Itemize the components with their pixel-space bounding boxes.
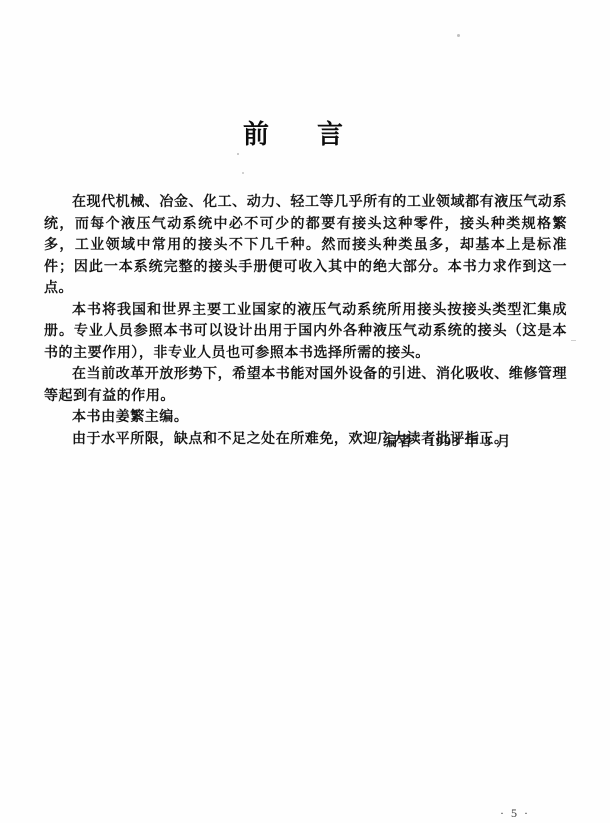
title-char-qian: 前: [243, 121, 269, 149]
paragraph-1: 在现代机械、冶金、化工、动力、轻工等几乎所有的工业领域都有液压气动系统，而每个液…: [44, 192, 567, 300]
preface-body: 在现代机械、冶金、化工、动力、轻工等几乎所有的工业领域都有液压气动系统，而每个液…: [44, 192, 567, 450]
paragraph-4: 本书由姜繁主编。: [44, 407, 567, 429]
scan-speck: [571, 340, 576, 341]
paragraph-3: 在当前改革开放形势下，希望本书能对国外设备的引进、消化吸收、维修管理等起到有益的…: [44, 364, 567, 407]
scan-speck: [237, 153, 239, 155]
scan-speck: [242, 172, 244, 174]
page-title: 前 言: [243, 121, 343, 149]
page-number: · 5 ·: [500, 806, 530, 821]
scanned-preface-page: 前 言 在现代机械、冶金、化工、动力、轻工等几乎所有的工业领域都有液压气动系统，…: [0, 0, 610, 823]
paragraph-2: 本书将我国和世界主要工业国家的液压气动系统所用接头按接头类型汇集成册。专业人员参…: [44, 300, 567, 365]
scan-speck: [457, 34, 460, 37]
title-char-yan: 言: [317, 121, 343, 149]
editor-signature: 编者 1993 年 3 月: [383, 431, 512, 451]
